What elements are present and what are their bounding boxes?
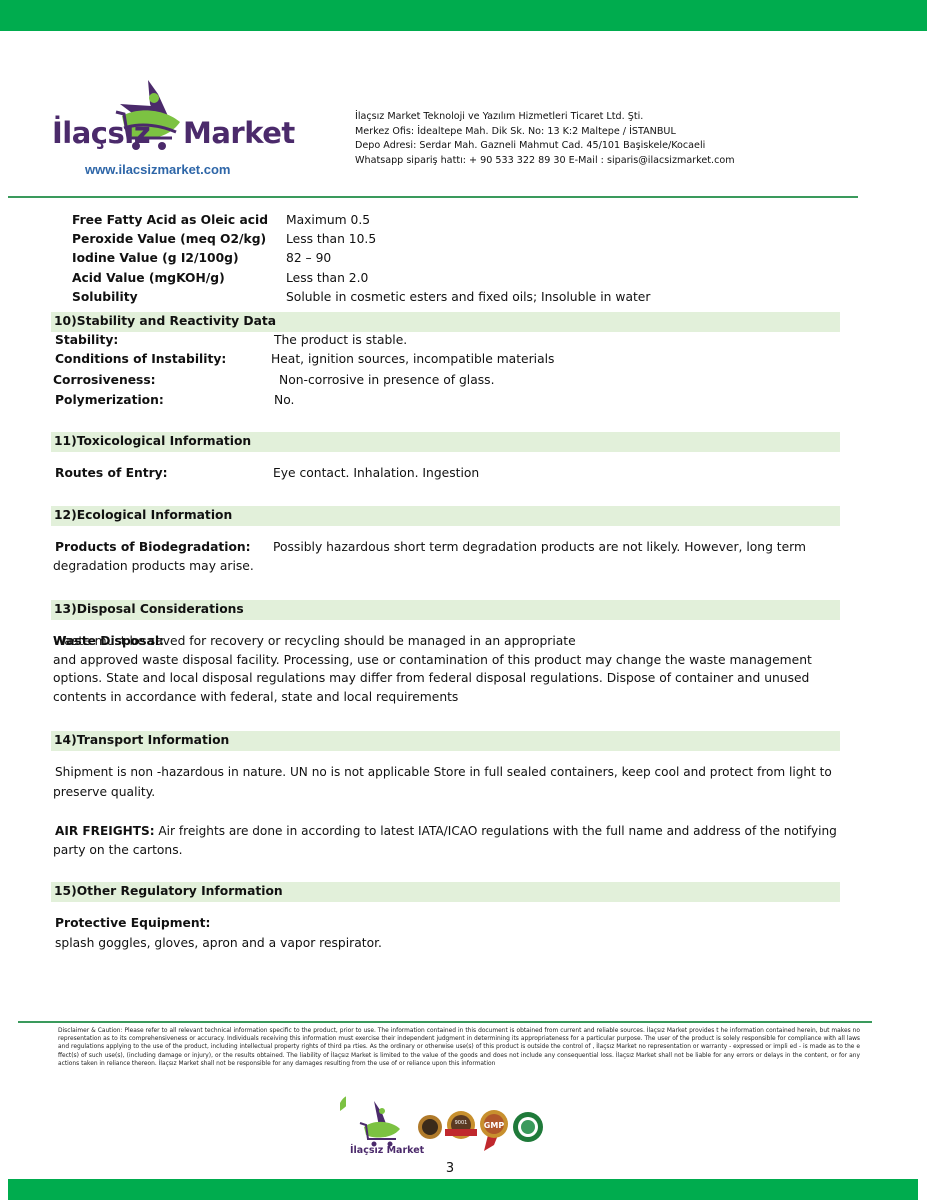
stability-value: The product is stable.	[274, 333, 407, 347]
air-freight-value: Air freights are done in according to la…	[155, 824, 837, 838]
shipment-text-cont: preserve quality.	[53, 785, 155, 799]
header-green-bar	[0, 0, 927, 31]
biodegradation-value: Possibly hazardous short term degradatio…	[273, 540, 806, 554]
air-freight-text-cont: party on the cartons.	[53, 843, 183, 857]
logo-text-market: Market	[183, 116, 295, 150]
property-label: Peroxide Value (meq O2/kg)	[72, 232, 266, 246]
section-heading-stability: 10)Stability and Reactivity Data	[51, 312, 840, 332]
air-freight-text: AIR FREIGHTS: Air freights are done in a…	[55, 824, 837, 838]
iso-9001-badge: 9001	[445, 1111, 477, 1139]
whatsapp-email: Whatsapp sipariş hattı: + 90 533 322 89 …	[355, 154, 735, 169]
section-heading-toxicological: 11)Toxicological Information	[51, 432, 840, 452]
section-heading-regulatory: 15)Other Regulatory Information	[51, 882, 840, 902]
polymerization-value: No.	[274, 393, 294, 407]
routes-label: Routes of Entry:	[55, 466, 168, 480]
company-name: İlaçsız Market Teknoloji ve Yazılım Hizm…	[355, 110, 735, 125]
shipment-text: Shipment is non -hazardous in nature. UN…	[55, 765, 832, 779]
corrosiveness-label: Corrosiveness:	[53, 373, 156, 387]
mini-logo-text: İlaçsız Market	[350, 1145, 424, 1156]
section-heading-ecological: 12)Ecological Information	[51, 506, 840, 526]
section-heading-disposal: 13)Disposal Considerations	[51, 600, 840, 620]
property-label: Acid Value (mgKOH/g)	[72, 271, 225, 285]
corrosiveness-value: Non-corrosive in presence of glass.	[279, 373, 494, 387]
property-label: Iodine Value (g I2/100g)	[72, 251, 239, 265]
section-title: 12)Ecological Information	[54, 508, 232, 522]
svg-text:GMP: GMP	[484, 1121, 505, 1130]
logo-text-ilacsiz: İlaçsız	[52, 116, 150, 150]
polymerization-label: Polymerization:	[55, 393, 164, 407]
certification-badges: 9001 GMP İlaçsız Market	[338, 1093, 558, 1165]
section-title: 13)Disposal Considerations	[54, 602, 244, 616]
halal-badge	[513, 1112, 543, 1142]
property-label: Solubility	[72, 290, 138, 304]
svg-text:9001: 9001	[455, 1120, 468, 1126]
disposal-line: options. State and local disposal regula…	[53, 671, 809, 685]
protective-equipment-label: Protective Equipment:	[55, 916, 210, 930]
footer-divider	[18, 1021, 872, 1023]
instability-label: Conditions of Instability:	[55, 352, 226, 366]
air-freight-label: AIR FREIGHTS:	[55, 824, 155, 838]
property-value: 82 – 90	[286, 251, 331, 265]
warehouse-address: Depo Adresi: Serdar Mah. Gazneli Mahmut …	[355, 139, 735, 154]
property-value: Maximum 0.5	[286, 213, 370, 227]
disposal-line: contents in accordance with federal, sta…	[53, 690, 458, 704]
disclaimer-text: Disclaimer & Caution: Please refer to al…	[58, 1027, 860, 1068]
section-title: 11)Toxicological Information	[54, 434, 251, 448]
waste-disposal-label: Waste Disposal:	[53, 634, 164, 648]
property-value: Less than 2.0	[286, 271, 368, 285]
property-label: Free Fatty Acid as Oleic acid	[72, 213, 268, 227]
section-title: 15)Other Regulatory Information	[54, 884, 283, 898]
biodegradation-label: Products of Biodegradation:	[55, 540, 251, 554]
head-office-address: Merkez Ofis: İdealtepe Mah. Dik Sk. No: …	[355, 125, 735, 140]
quality-seal-badge	[418, 1115, 442, 1139]
property-value: Soluble in cosmetic esters and fixed oil…	[286, 290, 650, 304]
section-title: 14)Transport Information	[54, 733, 229, 747]
page-number: 3	[440, 1161, 460, 1176]
instability-value: Heat, ignition sources, incompatible mat…	[271, 352, 554, 366]
stability-label: Stability:	[55, 333, 118, 347]
company-logo: İlaçsız Market www.ilacsizmarket.com	[52, 74, 292, 184]
section-title: 10)Stability and Reactivity Data	[54, 314, 276, 328]
gmp-badge: GMP	[480, 1110, 508, 1151]
section-heading-transport: 14)Transport Information	[51, 731, 840, 751]
routes-value: Eye contact. Inhalation. Ingestion	[273, 466, 479, 480]
protective-equipment-value: splash goggles, gloves, apron and a vapo…	[55, 936, 382, 950]
disposal-line: and approved waste disposal facility. Pr…	[53, 653, 812, 667]
header-divider	[8, 196, 858, 198]
mini-logo-icon	[346, 1093, 426, 1153]
biodegradation-value-cont: degradation products may arise.	[53, 559, 254, 573]
property-value: Less than 10.5	[286, 232, 376, 246]
website-link[interactable]: www.ilacsizmarket.com	[85, 162, 230, 177]
company-contact-info: İlaçsız Market Teknoloji ve Yazılım Hizm…	[355, 110, 735, 168]
footer-green-bar	[8, 1179, 918, 1200]
